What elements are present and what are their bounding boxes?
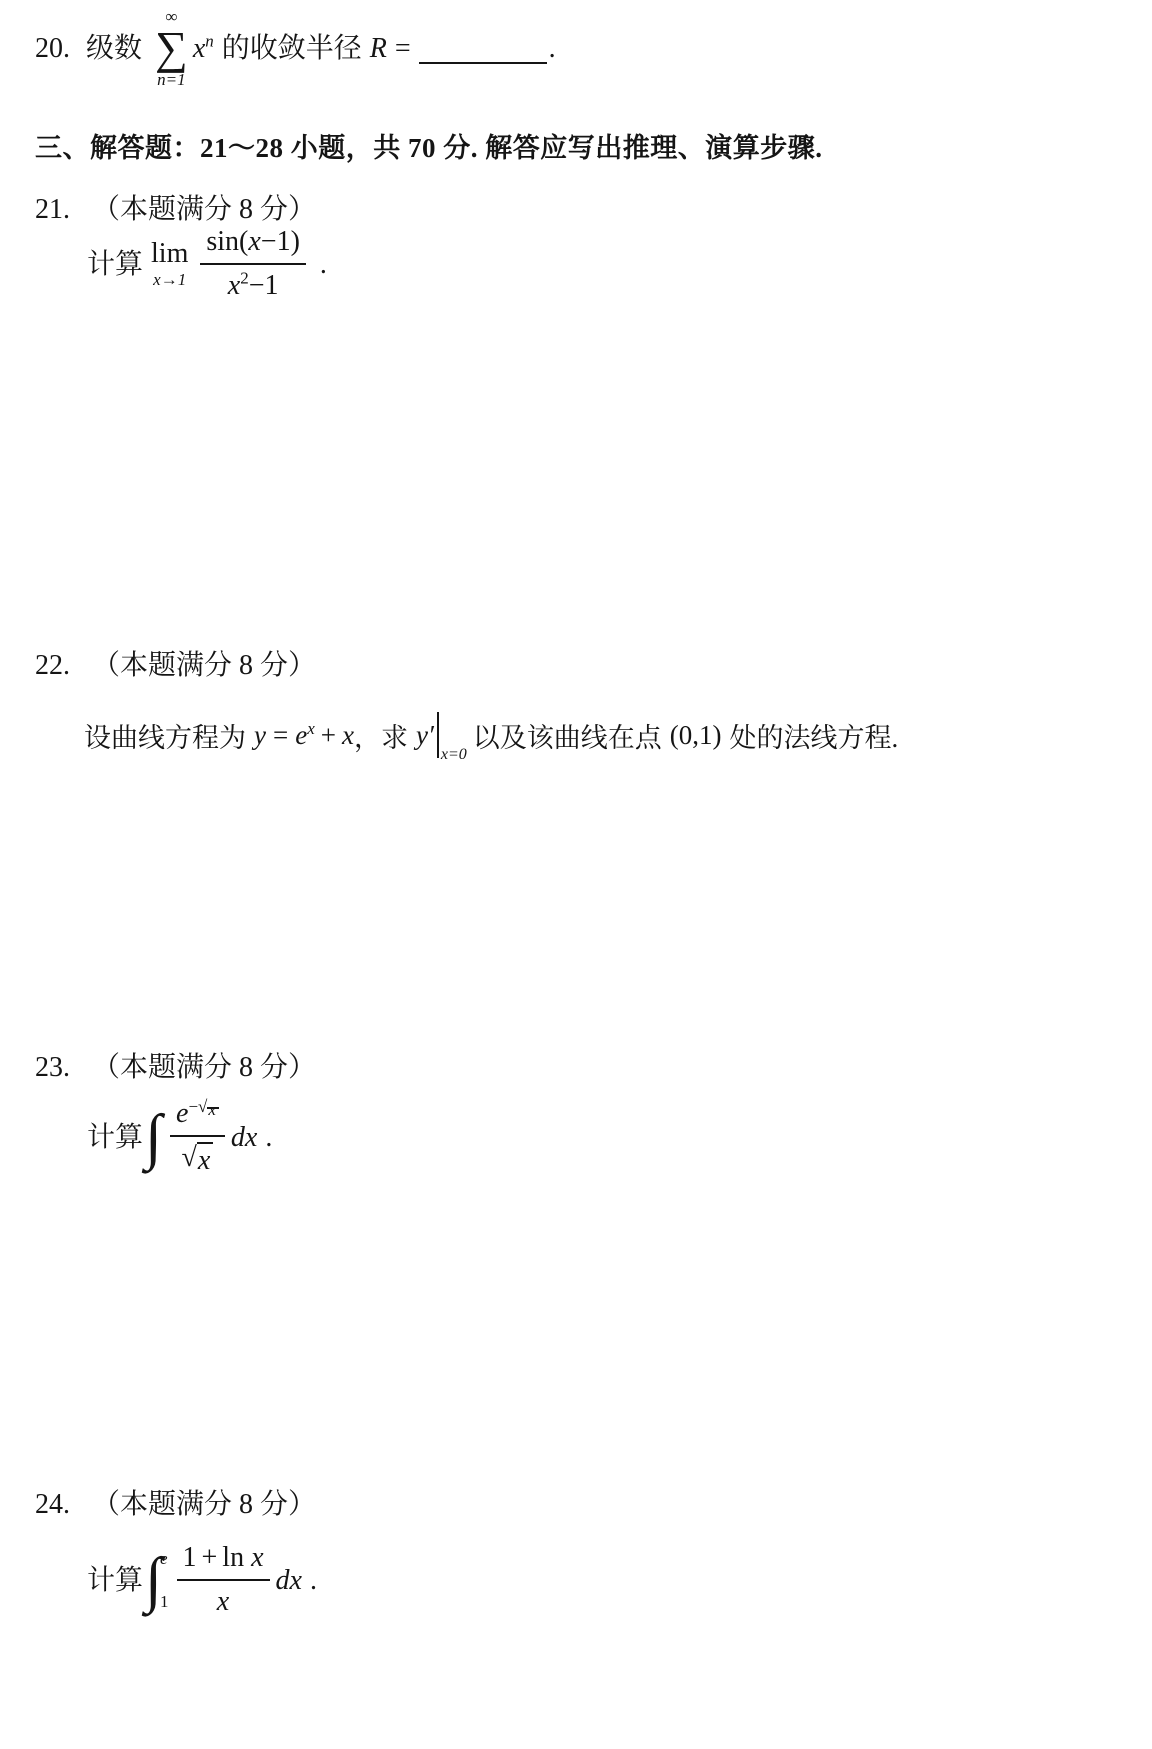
statement-text: 处的法线方程.: [730, 716, 899, 755]
question-text: 级数: [86, 31, 142, 66]
score-note: （本题满分 8 分）: [92, 648, 316, 683]
numerator: 1+ln x: [177, 1542, 270, 1581]
statement-text: 设曲线方程为: [84, 716, 246, 755]
sum-lower-limit: n=1: [157, 71, 185, 88]
compute-label: 计算: [87, 247, 143, 282]
sum-operator: ∞ ∑ n=1: [155, 8, 188, 88]
answer-blank: [419, 32, 547, 64]
equals-sign: =: [273, 720, 288, 751]
point-coordinates: (0,1): [670, 720, 722, 751]
limit-word: lim: [151, 240, 188, 268]
sum-symbol: ∑: [155, 27, 188, 68]
equals-sign: =: [395, 31, 411, 66]
derivative: y′: [416, 720, 434, 751]
section-heading: 三、解答题：21～28 小题，共 70 分. 解答应写出推理、演算步骤.: [35, 126, 823, 165]
x-variable: x: [342, 720, 354, 751]
compute-label: 计算: [87, 1120, 143, 1155]
differential: dx: [231, 1120, 257, 1155]
exam-page: 20. 级数 ∞ ∑ n=1 xn 的收敛半径 R = . 三、解答题：21～2…: [0, 0, 1152, 1749]
evaluation-bar: x=0: [434, 712, 467, 758]
question-number: 22.: [35, 648, 70, 683]
limit-operator: lim x→1: [151, 240, 188, 288]
vertical-bar: [437, 712, 439, 758]
numerator: e−√x: [170, 1098, 225, 1137]
numerator: sin(x−1): [200, 226, 306, 265]
statement-text: 以及该曲线在点: [473, 716, 662, 755]
fraction: e−√x √x: [170, 1098, 225, 1177]
differential: dx: [276, 1563, 302, 1598]
question-23-heading: 23. （本题满分 8 分）: [35, 1050, 316, 1085]
integral-limits: e 1: [160, 1548, 169, 1612]
question-24-heading: 24. （本题满分 8 分）: [35, 1487, 316, 1522]
integral-symbol: ∫: [145, 1111, 162, 1164]
radius-variable: R: [370, 31, 387, 66]
limit-subscript: x→1: [153, 271, 186, 288]
period: .: [265, 1120, 272, 1155]
period: .: [320, 247, 327, 282]
statement-text: 求: [381, 716, 408, 755]
exp-term: ex: [295, 720, 315, 751]
question-22-heading: 22. （本题满分 8 分）: [35, 648, 316, 683]
plus-sign: +: [321, 720, 336, 751]
compute-label: 计算: [87, 1563, 143, 1598]
question-21-formula: 计算 lim x→1 sin(x−1) x2−1 .: [87, 226, 327, 302]
period: .: [549, 31, 556, 66]
definite-integral: ∫ e 1: [143, 1548, 170, 1612]
score-note: （本题满分 8 分）: [92, 1050, 316, 1085]
sqrt-denominator: √x: [182, 1142, 214, 1177]
question-number: 20.: [35, 31, 70, 66]
score-note: （本题满分 8 分）: [92, 1487, 316, 1522]
fraction: sin(x−1) x2−1: [200, 226, 306, 302]
question-21-heading: 21. （本题满分 8 分）: [35, 192, 316, 227]
period: .: [310, 1563, 317, 1598]
question-number: 21.: [35, 192, 70, 227]
question-number: 23.: [35, 1050, 70, 1085]
question-20: 20. 级数 ∞ ∑ n=1 xn 的收敛半径 R = .: [35, 8, 556, 88]
denominator: √x: [182, 1137, 214, 1177]
series-term: xn: [193, 31, 214, 66]
denominator: x2−1: [228, 265, 279, 302]
question-24-formula: 计算 ∫ e 1 1+ln x x dx .: [87, 1542, 317, 1618]
denominator: x: [217, 1581, 229, 1618]
curve-variable: y: [254, 720, 266, 751]
comma: ，: [354, 716, 381, 755]
question-23-formula: 计算 ∫ e−√x √x dx .: [87, 1098, 272, 1177]
question-number: 24.: [35, 1487, 70, 1522]
fraction: 1+ln x x: [177, 1542, 270, 1618]
upper-limit: e: [160, 1548, 168, 1569]
evaluation-subscript: x=0: [441, 746, 467, 764]
question-text: 的收敛半径: [222, 31, 362, 66]
lower-limit: 1: [160, 1591, 169, 1612]
score-note: （本题满分 8 分）: [92, 192, 316, 227]
sqrt-exponent: √x: [198, 1107, 219, 1110]
question-22-statement: 设曲线方程为 y = ex + x ， 求 y′ x=0 以及该曲线在点 (0,…: [84, 712, 898, 758]
